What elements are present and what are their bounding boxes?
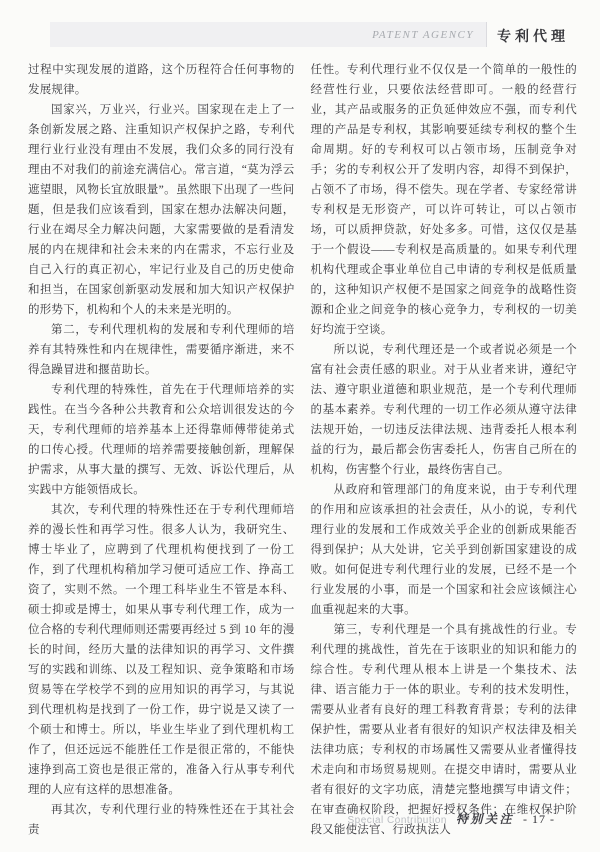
paragraph-left-5: 其次，专利代理的特殊性还在于专利代理师培养的漫长性和再学习性。很多人认为，我研究… — [28, 500, 295, 800]
left-column: 过程中实现发展的道路，这个历程符合任何事物的发展规律。 国家兴，万业兴，行业兴。… — [28, 60, 295, 840]
right-column: 任性。专利代理行业不仅仅是一个简单的一般性的经营性行业，只要依法经营即可。一般的… — [311, 60, 578, 840]
paragraph-left-2: 国家兴，万业兴，行业兴。国家现在走上了一条创新发展之路、注重知识产权保护之路，专… — [28, 100, 295, 320]
footer-english-label: Special Contribution — [347, 815, 447, 826]
header-english-label: PATENT AGENCY — [372, 29, 474, 41]
paragraph-right-2: 所以说，专利代理还是一个或者说必须是一个富有社会责任感的职业。对于从业者来讲，遵… — [311, 340, 578, 480]
paragraph-left-continuation: 过程中实现发展的道路，这个历程符合任何事物的发展规律。 — [28, 60, 295, 100]
paragraph-left-6: 再其次，专利代理行业的特殊性还在于其社会责 — [28, 800, 295, 840]
paragraph-left-3: 第二，专利代理机构的发展和专利代理师的培养有其特殊性和内在规律性，需要循序渐进，… — [28, 320, 295, 380]
paragraph-right-continuation: 任性。专利代理行业不仅仅是一个简单的一般性的经营性行业，只要依法经营即可。一般的… — [311, 60, 578, 340]
header-section-title: 专利代理 — [497, 26, 569, 46]
paragraph-right-3: 从政府和管理部门的角度来说，由于专利代理的作用和应该承担的社会责任，从小的说，专… — [311, 480, 578, 620]
footer-section-title: 特别关注 — [456, 810, 514, 827]
magazine-page: PATENT AGENCY 专利代理 过程中实现发展的道路，这个历程符合任何事物… — [0, 0, 600, 852]
header-bar: PATENT AGENCY — [50, 22, 487, 47]
page-footer: Special Contribution 特别关注 - 17 - — [347, 810, 555, 827]
page-number: - 17 - — [523, 812, 555, 827]
article-body: 过程中实现发展的道路，这个历程符合任何事物的发展规律。 国家兴，万业兴，行业兴。… — [28, 60, 577, 840]
paragraph-left-4: 专利代理的特殊性，首先在于代理师培养的实践性。在当今各种公共教育和公众培训很发达… — [28, 380, 295, 500]
paragraph-right-4: 第三，专利代理是一个具有挑战性的行业。专利代理的挑战性，首先在于该职业的知识和能… — [311, 620, 578, 840]
